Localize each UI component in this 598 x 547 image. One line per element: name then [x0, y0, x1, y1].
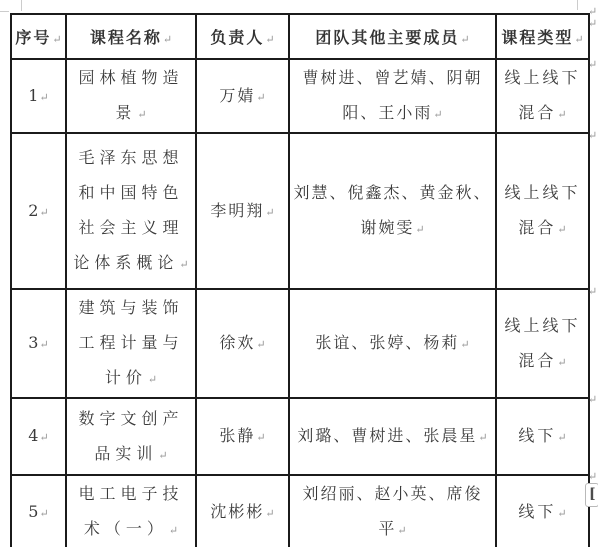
header-label: 负责人↵ — [210, 28, 274, 47]
cell-course-type[interactable]: 线上线下混合↵ — [496, 133, 589, 289]
cell-course-name[interactable]: 园林植物造景↵ — [66, 59, 196, 133]
end-of-cell-mark: ↵ — [158, 449, 167, 462]
cell-line: 线下↵ — [497, 494, 588, 531]
revision-anchor-icon: [ — [585, 483, 598, 507]
page-margin-mark-topleft-vertical — [21, 0, 22, 11]
cell-line: 平↵ — [290, 511, 495, 547]
end-of-cell-mark: ↵ — [179, 258, 188, 271]
page-margin-mark-topright-vertical — [577, 0, 578, 10]
cell-line: 数字文创产 — [67, 401, 195, 436]
end-of-cell-mark: ↵ — [557, 108, 566, 121]
end-of-cell-mark: ↵ — [256, 338, 265, 351]
end-of-cell-mark: ↵ — [265, 507, 274, 520]
cell-members[interactable]: 张谊、张婷、杨莉↵ — [289, 289, 496, 398]
cell-line: 张静↵ — [197, 418, 288, 455]
header-label: 团队其他主要成员↵ — [315, 28, 469, 47]
table-body: 1↵园林植物造景↵万婧↵曹树进、曾艺婧、阴朝阳、王小雨↵线上线下混合↵2↵毛泽东… — [11, 59, 589, 547]
end-of-cell-mark: ↵ — [557, 356, 566, 369]
page-margin-mark-topleft-horizontal — [0, 11, 9, 12]
cell-line: 社会主义理 — [67, 210, 195, 245]
header-index[interactable]: 序号↵ — [11, 14, 66, 59]
anchor-glyph: [ — [589, 486, 596, 502]
cell-line: 线上线下 — [497, 175, 588, 210]
cell-leader[interactable]: 张静↵ — [196, 398, 289, 475]
header-course-name[interactable]: 课程名称↵ — [66, 14, 196, 59]
cell-line: 混合↵ — [497, 343, 588, 380]
cell-course-name[interactable]: 毛泽东思想和中国特色社会主义理论体系概论↵ — [66, 133, 196, 289]
cell-line: 刘璐、曹树进、张晨星↵ — [290, 418, 495, 455]
cell-line: 徐欢↵ — [197, 325, 288, 362]
end-of-cell-mark: ↵ — [415, 223, 424, 236]
end-of-row-mark: ↵ — [588, 17, 597, 30]
cell-line: 万婧↵ — [197, 78, 288, 115]
end-of-cell-mark: ↵ — [397, 524, 406, 537]
end-of-cell-mark: ↵ — [39, 338, 48, 351]
cell-line: 阳、王小雨↵ — [290, 95, 495, 132]
cell-leader[interactable]: 徐欢↵ — [196, 289, 289, 398]
cell-leader[interactable]: 沈彬彬↵ — [196, 475, 289, 547]
end-of-row-mark: ↵ — [588, 58, 597, 71]
end-of-cell-mark: ↵ — [148, 373, 157, 386]
end-of-cell-mark: ↵ — [574, 33, 583, 46]
end-of-cell-mark: ↵ — [169, 524, 178, 537]
cell-line: 1↵ — [12, 78, 65, 115]
cell-line: 园林植物造 — [67, 60, 195, 95]
header-label: 序号↵ — [15, 28, 61, 47]
cell-line: 沈彬彬↵ — [197, 494, 288, 531]
end-of-cell-mark: ↵ — [39, 91, 48, 104]
cell-line: 计价↵ — [67, 360, 195, 397]
end-of-cell-mark: ↵ — [557, 223, 566, 236]
cell-line: 李明翔↵ — [197, 193, 288, 230]
cell-members[interactable]: 刘绍丽、赵小英、席俊平↵ — [289, 475, 496, 547]
end-of-cell-mark: ↵ — [39, 431, 48, 444]
cell-members[interactable]: 曹树进、曾艺婧、阴朝阳、王小雨↵ — [289, 59, 496, 133]
cell-index[interactable]: 1↵ — [11, 59, 66, 133]
header-members[interactable]: 团队其他主要成员↵ — [289, 14, 496, 59]
cell-line: 景↵ — [67, 95, 195, 132]
end-of-row-mark: ↵ — [588, 393, 597, 406]
cell-line: 线上线下 — [497, 308, 588, 343]
end-of-row-mark: ↵ — [588, 470, 597, 483]
table-header-row: 序号↵ 课程名称↵ 负责人↵ 团队其他主要成员↵ 课程类型↵ — [11, 14, 589, 59]
end-of-cell-mark: ↵ — [163, 33, 172, 46]
cell-line: 混合↵ — [497, 210, 588, 247]
cell-course-type[interactable]: 线上线下混合↵ — [496, 289, 589, 398]
end-of-row-mark: ↵ — [588, 129, 597, 142]
end-of-cell-mark: ↵ — [460, 33, 469, 46]
cell-members[interactable]: 刘慧、倪鑫杰、黄金秋、谢婉雯↵ — [289, 133, 496, 289]
table-row: 4↵数字文创产品实训↵张静↵刘璐、曹树进、张晨星↵线下↵ — [11, 398, 589, 475]
cell-line: 和中国特色 — [67, 175, 195, 210]
header-label: 课程类型↵ — [501, 28, 583, 47]
cell-line: 毛泽东思想 — [67, 140, 195, 175]
end-of-cell-mark: ↵ — [39, 507, 48, 520]
cell-line: 术（一）↵ — [67, 511, 195, 547]
end-of-cell-mark: ↵ — [478, 431, 487, 444]
header-label: 课程名称↵ — [90, 28, 172, 47]
table-row: 2↵毛泽东思想和中国特色社会主义理论体系概论↵李明翔↵刘慧、倪鑫杰、黄金秋、谢婉… — [11, 133, 589, 289]
cell-course-type[interactable]: 线下↵ — [496, 398, 589, 475]
header-course-type[interactable]: 课程类型↵ — [496, 14, 589, 59]
cell-line: 3↵ — [12, 325, 65, 362]
table-row: 1↵园林植物造景↵万婧↵曹树进、曾艺婧、阴朝阳、王小雨↵线上线下混合↵ — [11, 59, 589, 133]
end-of-cell-mark: ↵ — [433, 108, 442, 121]
header-leader[interactable]: 负责人↵ — [196, 14, 289, 59]
cell-course-name[interactable]: 数字文创产品实训↵ — [66, 398, 196, 475]
end-of-cell-mark: ↵ — [265, 33, 274, 46]
cell-course-name[interactable]: 建筑与装饰工程计量与计价↵ — [66, 289, 196, 398]
cell-course-type[interactable]: 线上线下混合↵ — [496, 59, 589, 133]
cell-line: 品实训↵ — [67, 436, 195, 473]
cell-members[interactable]: 刘璐、曹树进、张晨星↵ — [289, 398, 496, 475]
cell-index[interactable]: 4↵ — [11, 398, 66, 475]
table-row: 3↵建筑与装饰工程计量与计价↵徐欢↵张谊、张婷、杨莉↵线上线下混合↵ — [11, 289, 589, 398]
cell-line: 2↵ — [12, 193, 65, 230]
end-of-cell-mark: ↵ — [52, 33, 61, 46]
end-of-cell-mark: ↵ — [39, 206, 48, 219]
cell-line: 谢婉雯↵ — [290, 210, 495, 247]
cell-index[interactable]: 3↵ — [11, 289, 66, 398]
cell-course-type[interactable]: 线下↵ — [496, 475, 589, 547]
table-row: 5↵电工电子技术（一）↵沈彬彬↵刘绍丽、赵小英、席俊平↵线下↵ — [11, 475, 589, 547]
end-of-cell-mark: ↵ — [557, 507, 566, 520]
end-of-cell-mark: ↵ — [256, 91, 265, 104]
cell-line: 张谊、张婷、杨莉↵ — [290, 325, 495, 362]
cell-line: 刘慧、倪鑫杰、黄金秋、 — [290, 175, 495, 210]
end-of-cell-mark: ↵ — [137, 108, 146, 121]
cell-line: 线下↵ — [497, 418, 588, 455]
end-of-cell-mark: ↵ — [265, 206, 274, 219]
end-of-cell-mark: ↵ — [256, 431, 265, 444]
cell-index[interactable]: 5↵ — [11, 475, 66, 547]
cell-line: 曹树进、曾艺婧、阴朝 — [290, 60, 495, 95]
cell-line: 混合↵ — [497, 95, 588, 132]
end-of-row-mark: ↵ — [588, 285, 597, 298]
cell-line: 工程计量与 — [67, 325, 195, 360]
cell-leader[interactable]: 万婧↵ — [196, 59, 289, 133]
cell-leader[interactable]: 李明翔↵ — [196, 133, 289, 289]
end-of-cell-mark: ↵ — [557, 431, 566, 444]
cell-course-name[interactable]: 电工电子技术（一）↵ — [66, 475, 196, 547]
cell-line: 线上线下 — [497, 60, 588, 95]
cell-line: 论体系概论↵ — [67, 245, 195, 282]
end-of-cell-mark: ↵ — [460, 338, 469, 351]
cell-index[interactable]: 2↵ — [11, 133, 66, 289]
cell-line: 刘绍丽、赵小英、席俊 — [290, 476, 495, 511]
course-table: 序号↵ 课程名称↵ 负责人↵ 团队其他主要成员↵ 课程类型↵ 1↵园林植物造景↵… — [10, 13, 590, 547]
cell-line: 4↵ — [12, 418, 65, 455]
cell-line: 建筑与装饰 — [67, 290, 195, 325]
cell-line: 5↵ — [12, 494, 65, 531]
cell-line: 电工电子技 — [67, 476, 195, 511]
